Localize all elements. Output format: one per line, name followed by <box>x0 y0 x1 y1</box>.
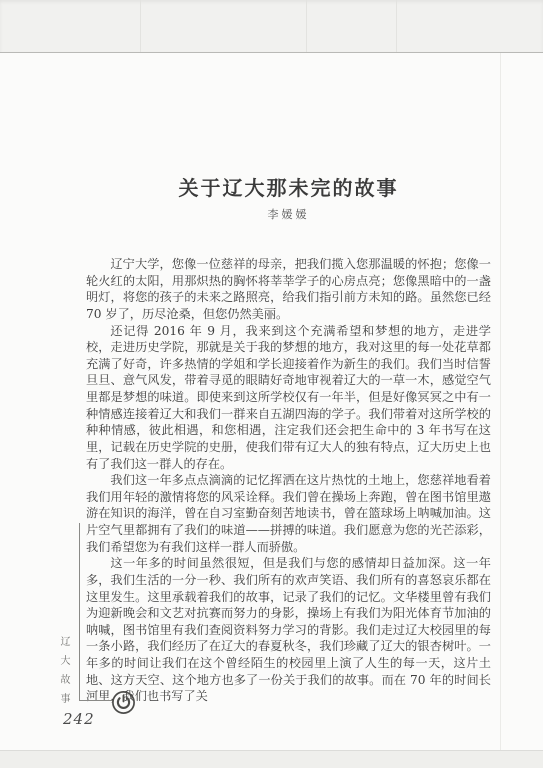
sidebar-horizontal-rule <box>79 700 113 701</box>
body-paragraph: 这一年多的时间虽然很短，但是我们与您的感情却日益加深。这一年多，我们生活的一分一… <box>86 555 491 705</box>
scan-bottom-band <box>0 750 543 768</box>
scan-top-band <box>0 0 543 53</box>
power-circle-icon <box>111 690 136 715</box>
body-paragraph: 辽宁大学，您像一位慈祥的母亲，把我们揽入您那温暖的怀抱；您像一轮火红的太阳，用那… <box>86 256 491 323</box>
sidebar-chapter-label: 辽大故事 <box>56 636 71 712</box>
scan-artifact-line <box>140 0 141 52</box>
page-title: 关于辽大那未完的故事 <box>86 172 491 201</box>
article-body: 辽宁大学，您像一位慈祥的母亲，把我们揽入您那温暖的怀抱；您像一轮火红的太阳，用那… <box>86 256 491 705</box>
author-name: 李媛媛 <box>86 206 491 222</box>
scan-artifact-line <box>396 0 397 52</box>
page-number: 242 <box>63 710 95 728</box>
page-fold-line <box>500 53 501 750</box>
body-paragraph: 还记得 2016 年 9 月，我来到这个充满希望和梦想的地方，走进学校，走进历史… <box>86 323 491 473</box>
body-paragraph: 我们这一年多点点滴滴的记忆挥洒在这片热忱的土地上，您慈祥地看着我们用年轻的激情将… <box>86 472 491 555</box>
sidebar-vertical-rule <box>79 523 80 701</box>
scan-artifact-line <box>306 0 307 52</box>
